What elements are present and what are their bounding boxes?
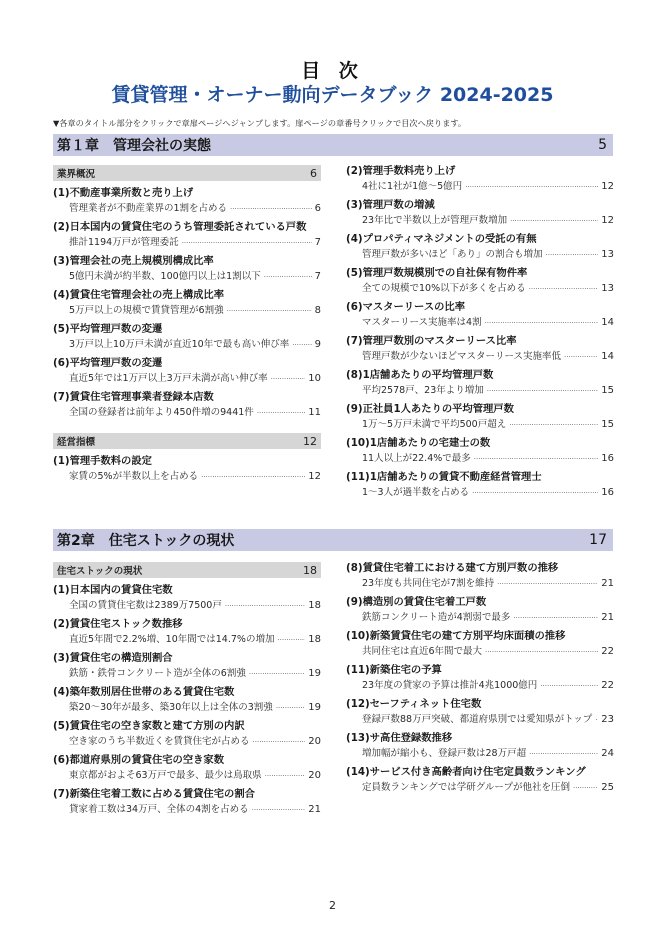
toc-entry-page: 16	[601, 485, 614, 500]
toc-entry-page: 18	[308, 632, 321, 647]
toc-entry-page: 13	[601, 247, 614, 262]
dot-leader	[264, 270, 312, 285]
toc-entry-subtitle-row: 定員数ランキングでは学研グループが他社を圧倒25	[346, 780, 614, 796]
dot-leader	[529, 747, 598, 762]
toc-entry-title: (6)都道府県別の賃貸住宅の空き家数	[53, 752, 321, 768]
toc-entry[interactable]: (9)正社員1人あたりの平均管理戸数1万～5万戸未満で平均500戸超え15	[346, 401, 614, 433]
toc-entry-page: 21	[601, 576, 614, 591]
section-header[interactable]: 住宅ストックの現状 18	[53, 562, 321, 578]
toc-entry-summary: 家賃の5%が半数以上を占める	[69, 469, 198, 484]
toc-entry-summary: 空き家のうち半数近くを賃貸住宅が占める	[69, 734, 250, 749]
dot-leader	[271, 372, 306, 387]
toc-entry-page: 19	[308, 700, 321, 715]
chapter-1-link[interactable]: 第１章 管理会社の実態 5	[53, 134, 613, 156]
toc-entry-page: 20	[308, 734, 321, 749]
toc-entry-subtitle-row: 直近5年間で2.2%増、10年間では14.7%の増加18	[53, 632, 321, 648]
toc-entry-summary: 共同住宅は直近6年間で最大	[362, 644, 482, 659]
toc-entry-page: 14	[601, 315, 614, 330]
toc-entry-subtitle-row: 築20～30年が最多、築30年以上は全体の3割強19	[53, 700, 321, 716]
toc-entry-subtitle-row: 管理業者が不動産業界の1割を占める6	[53, 201, 321, 217]
dot-leader	[249, 667, 305, 682]
toc-entry[interactable]: (14)サービス付き高齢者向け住宅定員数ランキング定員数ランキングでは学研グルー…	[346, 764, 614, 796]
toc-entry-subtitle-row: 共同住宅は直近6年間で最大22	[346, 644, 614, 660]
toc-entry-title: (4)賃貸住宅管理会社の売上構成比率	[53, 287, 321, 303]
toc-entry[interactable]: (5)賃貸住宅の空き家数と建て方別の内訳空き家のうち半数近くを賃貸住宅が占める2…	[53, 718, 321, 750]
toc-entry[interactable]: (7)新築住宅着工数に占める賃貸住宅の割合貸家着工数は34万戸、全体の4割を占め…	[53, 786, 321, 818]
toc-entry-subtitle-row: 23年比で半数以上が管理戸数増加12	[346, 213, 614, 229]
dot-leader	[465, 180, 598, 195]
toc-entry[interactable]: (4)プロパティマネジメントの受託の有無管理戸数が多いほど「あり」の割合も増加1…	[346, 231, 614, 263]
toc-entry-page: 20	[308, 768, 321, 783]
dot-leader	[252, 803, 306, 818]
toc-entry-title: (1)日本国内の賃貸住宅数	[53, 582, 321, 598]
toc-entry-summary: 貸家着工数は34万戸、全体の4割を占める	[69, 802, 249, 817]
toc-entry-subtitle-row: 管理戸数が多いほど「あり」の割合も増加13	[346, 247, 614, 263]
toc-entry[interactable]: (4)賃貸住宅管理会社の売上構成比率5万戸以上の規模で賃貸管理が6割強8	[53, 287, 321, 319]
section-title: 住宅ストックの現状	[57, 563, 142, 577]
toc-entry-summary: 平均2578戸、23年より増加	[362, 383, 484, 398]
toc-entry-page: 7	[315, 235, 321, 250]
toc-entry-title: (5)賃貸住宅の空き家数と建て方別の内訳	[53, 718, 321, 734]
dot-leader	[277, 633, 305, 648]
chapter-2-link[interactable]: 第2章 住宅ストックの現状 17	[53, 529, 613, 551]
toc-entry[interactable]: (10)1店舗あたりの宅建士の数11人以上が22.4%で最多16	[346, 435, 614, 467]
dot-leader	[487, 384, 599, 399]
chapter-2-right-column: (8)賃貸住宅着工における建て方別戸数の推移23年度も共同住宅が7割を維持21(…	[346, 560, 614, 798]
toc-entry-page: 15	[601, 383, 614, 398]
dot-leader	[595, 713, 598, 728]
page-number: 2	[0, 899, 665, 912]
toc-entry-title: (7)新築住宅着工数に占める賃貸住宅の割合	[53, 786, 321, 802]
section-header[interactable]: 業界概況 6	[53, 165, 321, 181]
toc-entry[interactable]: (9)構造別の賃貸住宅着工戸数鉄筋コンクリート造が4割弱で最多21	[346, 594, 614, 626]
toc-entry-summary: 築20～30年が最多、築30年以上は全体の3割強	[69, 700, 273, 715]
toc-entry-subtitle-row: 全国の賃貸住宅数は2389万7500戸18	[53, 598, 321, 614]
toc-entry-summary: マスターリース実施率は4割	[362, 315, 482, 330]
toc-entry-summary: 23年度の貸家の予算は推計4兆1000億円	[362, 678, 537, 693]
toc-entry[interactable]: (10)新築賃貸住宅の建て方別平均床面積の推移共同住宅は直近6年間で最大22	[346, 628, 614, 660]
toc-entry[interactable]: (12)セーフティネット住宅数登録戸数88万戸突破、都道府県別では愛知県がトップ…	[346, 696, 614, 728]
toc-entry-title: (5)管理戸数規模別での自社保有物件率	[346, 265, 614, 281]
dot-leader	[257, 406, 305, 421]
toc-entry-title: (6)マスターリースの比率	[346, 299, 614, 315]
toc-entry-title: (10)新築賃貸住宅の建て方別平均床面積の推移	[346, 628, 614, 644]
toc-entry-summary: 全ての規模で10%以下が多くを占める	[362, 281, 526, 296]
dot-leader	[573, 781, 598, 796]
toc-entry-page: 12	[601, 213, 614, 228]
section-page: 18	[303, 564, 317, 577]
toc-entry[interactable]: (4)築年数別居住世帯のある賃貸住宅数築20～30年が最多、築30年以上は全体の…	[53, 684, 321, 716]
toc-entry[interactable]: (11)新築住宅の予算23年度の貸家の予算は推計4兆1000億円22	[346, 662, 614, 694]
toc-entry-page: 12	[308, 469, 321, 484]
toc-entry-title: (3)管理会社の売上規模別構成比率	[53, 253, 321, 269]
toc-entry-subtitle-row: 増加幅が縮小も、登録戸数は28万戸超24	[346, 746, 614, 762]
toc-entry[interactable]: (8)賃貸住宅着工における建て方別戸数の推移23年度も共同住宅が7割を維持21	[346, 560, 614, 592]
toc-entry-page: 9	[315, 337, 321, 352]
toc-entry[interactable]: (2)管理手数料売り上げ4社に1社が1億～5億円12	[346, 163, 614, 195]
toc-entry-page: 7	[315, 269, 321, 284]
toc-entry-page: 22	[601, 644, 614, 659]
toc-entry-summary: 鉄筋コンクリート造が4割弱で最多	[362, 610, 510, 625]
toc-entry-page: 18	[308, 598, 321, 613]
toc-entry-page: 15	[601, 417, 614, 432]
dot-leader	[292, 338, 311, 353]
toc-entry[interactable]: (6)マスターリースの比率マスターリース実施率は4割14	[346, 299, 614, 331]
toc-entry-page: 21	[308, 802, 321, 817]
toc-entry[interactable]: (1)不動産事業所数と売り上げ管理業者が不動産業界の1割を占める6	[53, 185, 321, 217]
toc-entry-summary: 直近5年間で2.2%増、10年間では14.7%の増加	[69, 632, 274, 647]
dot-leader	[513, 611, 598, 626]
toc-entry-subtitle-row: 11人以上が22.4%で最多16	[346, 451, 614, 467]
toc-entry-summary: 管理戸数が少ないほどマスターリース実施率低	[362, 349, 561, 364]
toc-entry[interactable]: (3)管理戸数の増減23年比で半数以上が管理戸数増加12	[346, 197, 614, 229]
toc-entry[interactable]: (5)管理戸数規模別での自社保有物件率全ての規模で10%以下が多くを占める13	[346, 265, 614, 297]
toc-entry-title: (8)賃貸住宅着工における建て方別戸数の推移	[346, 560, 614, 576]
dot-leader	[253, 735, 306, 750]
navigation-note: ▼各章のタイトル部分をクリックで章扉ページへジャンプします。扉ページの章番号クリ…	[53, 118, 466, 129]
chapter-2-left-column: 住宅ストックの現状 18 (1)日本国内の賃貸住宅数全国の賃貸住宅数は2389万…	[53, 562, 321, 820]
toc-entry-title: (2)賃貸住宅ストック数推移	[53, 616, 321, 632]
toc-entry-summary: 11人以上が22.4%で最多	[362, 451, 471, 466]
toc-entry[interactable]: (2)賃貸住宅ストック数推移直近5年間で2.2%増、10年間では14.7%の増加…	[53, 616, 321, 648]
dot-leader	[265, 769, 306, 784]
toc-entry-summary: 東京都がおよそ63万戸で最多、最少は鳥取県	[69, 768, 262, 783]
toc-entry-page: 6	[315, 201, 321, 216]
toc-entry-summary: 直近5年では1万戸以上3万戸未満が高い伸び率	[69, 371, 268, 386]
toc-entry-subtitle-row: 23年度の貸家の予算は推計4兆1000億円22	[346, 678, 614, 694]
toc-entry-title: (4)築年数別居住世帯のある賃貸住宅数	[53, 684, 321, 700]
toc-entry-title: (8)1店舗あたりの平均管理戸数	[346, 367, 614, 383]
toc-entry-title: (7)管理戸数別のマスターリース比率	[346, 333, 614, 349]
toc-entry-page: 10	[308, 371, 321, 386]
chapter-title: 第2章 住宅ストックの現状	[57, 530, 234, 550]
toc-entry-title: (10)1店舗あたりの宅建士の数	[346, 435, 614, 451]
toc-entry-title: (5)平均管理戸数の変遷	[53, 321, 321, 337]
toc-entry-summary: 3万戸以上10万戸未満が直近10年で最も高い伸び率	[69, 337, 289, 352]
toc-entry-title: (9)構造別の賃貸住宅着工戸数	[346, 594, 614, 610]
dot-leader	[509, 418, 598, 433]
toc-entry-subtitle-row: 東京都がおよそ63万戸で最多、最少は鳥取県20	[53, 768, 321, 784]
toc-entry-subtitle-row: 23年度も共同住宅が7割を維持21	[346, 576, 614, 592]
toc-entry-summary: 4社に1社が1億～5億円	[362, 179, 462, 194]
toc-entry-title: (2)日本国内の賃貸住宅のうち管理委託されている戸数	[53, 219, 321, 235]
toc-entry-subtitle-row: 全国の登録者は前年より450件増の9441件11	[53, 405, 321, 421]
toc-entry-page: 24	[601, 746, 614, 761]
toc-entry-summary: 管理業者が不動産業界の1割を占める	[69, 201, 227, 216]
toc-entry-page: 25	[601, 780, 614, 795]
toc-entry-page: 8	[315, 303, 321, 318]
toc-entry-subtitle-row: 5億円未満が約半数、100億円以上は1割以下7	[53, 269, 321, 285]
section-page: 6	[310, 167, 317, 180]
section-title: 業界概況	[57, 166, 95, 180]
toc-entry-page: 23	[601, 712, 614, 727]
toc-entry-subtitle-row: 鉄筋コンクリート造が4割弱で最多21	[346, 610, 614, 626]
toc-entry-page: 19	[308, 666, 321, 681]
toc-entry-title: (3)管理戸数の増減	[346, 197, 614, 213]
toc-entry-summary: 鉄筋・鉄骨コンクリート造が全体の6割強	[69, 666, 246, 681]
toc-entry-summary: 管理戸数が多いほど「あり」の割合も増加	[362, 247, 543, 262]
toc-entry-subtitle-row: 推計1194万戸が管理委託7	[53, 235, 321, 251]
toc-entry-summary: 23年比で半数以上が管理戸数増加	[362, 213, 507, 228]
section-page: 12	[303, 435, 317, 448]
toc-entry-page: 21	[601, 610, 614, 625]
dot-leader	[546, 248, 599, 263]
toc-entry[interactable]: (1)日本国内の賃貸住宅数全国の賃貸住宅数は2389万7500戸18	[53, 582, 321, 614]
toc-entry-summary: 5億円未満が約半数、100億円以上は1割以下	[69, 269, 261, 284]
toc-entry-page: 11	[308, 405, 321, 420]
toc-entry-title: (1)不動産事業所数と売り上げ	[53, 185, 321, 201]
toc-entry-summary: 定員数ランキングでは学研グループが他社を圧倒	[362, 780, 570, 795]
dot-leader	[230, 202, 312, 217]
dot-leader	[201, 470, 305, 485]
toc-entry-page: 13	[601, 281, 614, 296]
toc-entry-summary: 全国の賃貸住宅数は2389万7500戸	[69, 598, 222, 613]
toc-entry-title: (9)正社員1人あたりの平均管理戸数	[346, 401, 614, 417]
dot-leader	[510, 214, 598, 229]
toc-entry-title: (3)賃貸住宅の構造別割合	[53, 650, 321, 666]
toc-entry-title: (4)プロパティマネジメントの受託の有無	[346, 231, 614, 247]
toc-entry-title: (2)管理手数料売り上げ	[346, 163, 614, 179]
toc-entry[interactable]: (6)都道府県別の賃貸住宅の空き家数東京都がおよそ63万戸で最多、最少は鳥取県2…	[53, 752, 321, 784]
toc-entry-summary: 登録戸数88万戸突破、都道府県別では愛知県がトップ	[362, 712, 592, 727]
toc-entry-title: (7)賃貸住宅管理事業者登録本店数	[53, 389, 321, 405]
toc-entry-subtitle-row: 空き家のうち半数近くを賃貸住宅が占める20	[53, 734, 321, 750]
dot-leader	[472, 486, 598, 501]
dot-leader	[529, 282, 599, 297]
toc-entry-summary: 23年度も共同住宅が7割を維持	[362, 576, 494, 591]
toc-entry[interactable]: (8)1店舗あたりの平均管理戸数平均2578戸、23年より増加15	[346, 367, 614, 399]
dot-leader	[485, 316, 599, 331]
chapter-page: 17	[589, 532, 607, 548]
chapter-page: 5	[598, 137, 607, 153]
toc-entry-page: 16	[601, 451, 614, 466]
toc-entry-summary: 推計1194万戸が管理委託	[69, 235, 179, 250]
toc-entry-title: (1)管理手数料の設定	[53, 453, 321, 469]
chapter-1-right-column: (2)管理手数料売り上げ4社に1社が1億～5億円12(3)管理戸数の増減23年比…	[346, 163, 614, 503]
section-header[interactable]: 経営指標 12	[53, 433, 321, 449]
toc-entry-subtitle-row: 鉄筋・鉄骨コンクリート造が全体の6割強19	[53, 666, 321, 682]
toc-entry-subtitle-row: 1～3人が過半数を占める16	[346, 485, 614, 501]
toc-entry[interactable]: (7)賃貸住宅管理事業者登録本店数全国の登録者は前年より450件増の9441件1…	[53, 389, 321, 421]
toc-entry[interactable]: (7)管理戸数別のマスターリース比率管理戸数が少ないほどマスターリース実施率低1…	[346, 333, 614, 365]
toc-entry-title: (13)サ高住登録数推移	[346, 730, 614, 746]
toc-entry-title: (12)セーフティネット住宅数	[346, 696, 614, 712]
dot-leader	[276, 701, 305, 716]
dot-leader	[485, 645, 598, 660]
toc-entry-subtitle-row: 1万～5万戸未満で平均500戸超え15	[346, 417, 614, 433]
chapter-title: 第１章 管理会社の実態	[57, 135, 211, 155]
toc-entry[interactable]: (2)日本国内の賃貸住宅のうち管理委託されている戸数推計1194万戸が管理委託7	[53, 219, 321, 251]
toc-entry-page: 22	[601, 678, 614, 693]
toc-entry[interactable]: (13)サ高住登録数推移増加幅が縮小も、登録戸数は28万戸超24	[346, 730, 614, 762]
toc-entry[interactable]: (11)1店舗あたりの賃貸不動産経営管理士1～3人が過半数を占める16	[346, 469, 614, 501]
dot-leader	[564, 350, 598, 365]
toc-entry-title: (11)1店舗あたりの賃貸不動産経営管理士	[346, 469, 614, 485]
section-title: 経営指標	[57, 434, 95, 448]
dot-leader	[182, 236, 312, 251]
toc-entry-subtitle-row: 5万戸以上の規模で賃貸管理が6割強8	[53, 303, 321, 319]
dot-leader	[497, 577, 598, 592]
toc-entry-subtitle-row: 貸家着工数は34万戸、全体の4割を占める21	[53, 802, 321, 818]
toc-entry-subtitle-row: 家賃の5%が半数以上を占める12	[53, 469, 321, 485]
toc-entry-subtitle-row: 管理戸数が少ないほどマスターリース実施率低14	[346, 349, 614, 365]
toc-entry-page: 14	[601, 349, 614, 364]
toc-entry-summary: 1万～5万戸未満で平均500戸超え	[362, 417, 506, 432]
dot-leader	[227, 304, 312, 319]
toc-entry-summary: 5万戸以上の規模で賃貸管理が6割強	[69, 303, 224, 318]
toc-entry-subtitle-row: 直近5年では1万戸以上3万戸未満が高い伸び率10	[53, 371, 321, 387]
toc-entry-title: (6)平均管理戸数の変遷	[53, 355, 321, 371]
toc-entry[interactable]: (1)管理手数料の設定家賃の5%が半数以上を占める12	[53, 453, 321, 485]
page-heading: 目 次	[0, 56, 665, 83]
toc-entry[interactable]: (5)平均管理戸数の変遷3万戸以上10万戸未満が直近10年で最も高い伸び率9	[53, 321, 321, 353]
toc-entry-summary: 増加幅が縮小も、登録戸数は28万戸超	[362, 746, 526, 761]
toc-entry-summary: 1～3人が過半数を占める	[362, 485, 469, 500]
toc-entry-subtitle-row: マスターリース実施率は4割14	[346, 315, 614, 331]
book-title: 賃貸管理・オーナー動向データブック 2024-2025	[0, 80, 665, 107]
toc-entry-subtitle-row: 全ての規模で10%以下が多くを占める13	[346, 281, 614, 297]
toc-entry-subtitle-row: 登録戸数88万戸突破、都道府県別では愛知県がトップ23	[346, 712, 614, 728]
toc-entry-page: 12	[601, 179, 614, 194]
toc-entry[interactable]: (3)管理会社の売上規模別構成比率5億円未満が約半数、100億円以上は1割以下7	[53, 253, 321, 285]
chapter-1-left-column: 業界概況 6 (1)不動産事業所数と売り上げ管理業者が不動産業界の1割を占める6…	[53, 165, 321, 487]
toc-entry-subtitle-row: 3万戸以上10万戸未満が直近10年で最も高い伸び率9	[53, 337, 321, 353]
dot-leader	[225, 599, 305, 614]
toc-entry[interactable]: (6)平均管理戸数の変遷直近5年では1万戸以上3万戸未満が高い伸び率10	[53, 355, 321, 387]
toc-entry[interactable]: (3)賃貸住宅の構造別割合鉄筋・鉄骨コンクリート造が全体の6割強19	[53, 650, 321, 682]
dot-leader	[474, 452, 598, 467]
toc-entry-summary: 全国の登録者は前年より450件増の9441件	[69, 405, 254, 420]
toc-entry-title: (14)サービス付き高齢者向け住宅定員数ランキング	[346, 764, 614, 780]
toc-entry-subtitle-row: 4社に1社が1億～5億円12	[346, 179, 614, 195]
toc-entry-subtitle-row: 平均2578戸、23年より増加15	[346, 383, 614, 399]
toc-entry-title: (11)新築住宅の予算	[346, 662, 614, 678]
dot-leader	[540, 679, 598, 694]
